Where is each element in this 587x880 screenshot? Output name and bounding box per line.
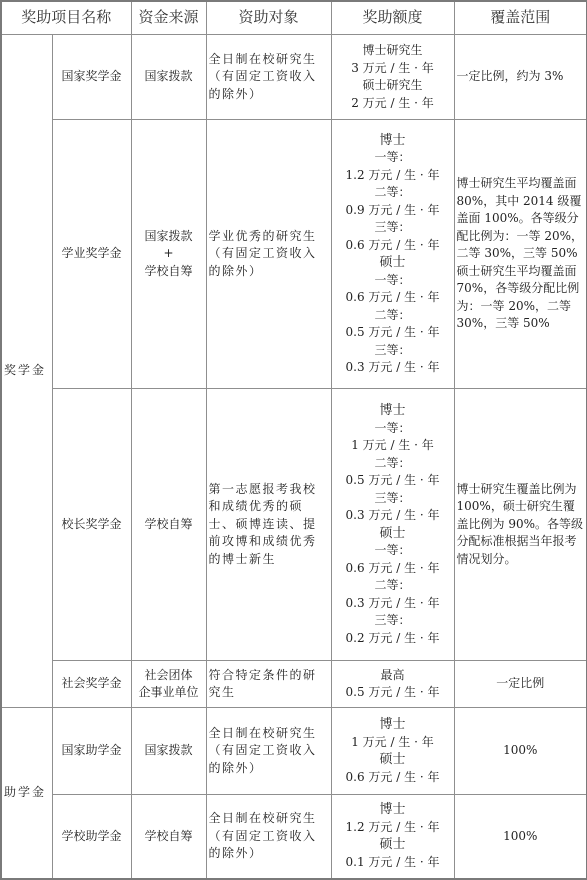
source-line: 国家拨款 [134,68,204,86]
amount-line: 硕士 [334,254,452,272]
award-amount: 博士研究生 3 万元 / 生 · 年 硕士研究生 2 万元 / 生 · 年 [331,35,454,120]
table-row: 学校助学金 学校自筹 全日制在校研究生（有固定工资收入的除外） 博士 1.2 万… [1,795,587,879]
funding-source: 国家拨款 + 学校自筹 [131,120,206,389]
amount-line: 博士 [334,716,452,734]
funding-source: 国家拨款 [131,35,206,120]
header-name: 奖助项目名称 [1,1,131,35]
coverage: 博士研究生平均覆盖面 80%，其中 2014 级覆盖面 100%。各等级分配比例… [454,120,587,389]
coverage: 100% [454,708,587,795]
table-row: 助学金 国家助学金 国家拨款 全日制在校研究生（有固定工资收入的除外） 博士 1… [1,708,587,795]
scholarship-table: 奖助项目名称 资金来源 资助对象 奖助额度 覆盖范围 奖学金 国家奖学金 国家拨… [0,0,587,880]
amount-line: 1.2 万元 / 生 · 年 [334,167,452,185]
source-line: 学校自筹 [134,828,204,846]
source-line: + [134,245,204,263]
amount-line: 1.2 万元 / 生 · 年 [334,819,452,837]
amount-line: 博士研究生 [334,42,452,60]
amount-line: 0.6 万元 / 生 · 年 [334,237,452,255]
amount-line: 二等： [334,184,452,202]
award-amount: 博士 1 万元 / 生 · 年 硕士 0.6 万元 / 生 · 年 [331,708,454,795]
amount-line: 1 万元 / 生 · 年 [334,734,452,752]
amount-line: 0.5 万元 / 生 · 年 [334,324,452,342]
amount-line: 二等： [334,577,452,595]
amount-line: 一等： [334,420,452,438]
amount-line: 0.9 万元 / 生 · 年 [334,202,452,220]
funding-source: 学校自筹 [131,795,206,879]
funding-source: 国家拨款 [131,708,206,795]
header-target: 资助对象 [206,1,331,35]
amount-line: 2 万元 / 生 · 年 [334,95,452,113]
source-line: 学校自筹 [134,516,204,534]
amount-line: 0.6 万元 / 生 · 年 [334,560,452,578]
coverage: 100% [454,795,587,879]
amount-line: 一等： [334,542,452,560]
item-name: 社会奖学金 [52,661,131,708]
amount-line: 硕士研究生 [334,77,452,95]
coverage: 博士研究生覆盖比例为 100%，硕士研究生覆盖比例为 90%。各等级分配标准根据… [454,389,587,661]
award-amount: 最高 0.5 万元 / 生 · 年 [331,661,454,708]
item-name: 国家助学金 [52,708,131,795]
amount-line: 0.3 万元 / 生 · 年 [334,595,452,613]
target-group: 符合特定条件的研究生 [206,661,331,708]
amount-line: 二等： [334,307,452,325]
coverage: 一定比例，约为 3% [454,35,587,120]
amount-line: 硕士 [334,525,452,543]
coverage: 一定比例 [454,661,587,708]
amount-line: 0.6 万元 / 生 · 年 [334,289,452,307]
amount-line: 3 万元 / 生 · 年 [334,60,452,78]
source-line: 国家拨款 [134,742,204,760]
amount-line: 三等： [334,219,452,237]
table-row: 奖学金 国家奖学金 国家拨款 全日制在校研究生（有固定工资收入的除外） 博士研究… [1,35,587,120]
amount-line: 硕士 [334,751,452,769]
amount-line: 一等： [334,272,452,290]
target-group: 第一志愿报考我校和成绩优秀的硕士、硕博连读、提前攻博和成绩优秀的博士新生 [206,389,331,661]
funding-source: 学校自筹 [131,389,206,661]
amount-line: 博士 [334,132,452,150]
amount-line: 0.5 万元 / 生 · 年 [334,684,452,702]
source-line: 学校自筹 [134,263,204,281]
amount-line: 二等： [334,455,452,473]
target-group: 学业优秀的研究生（有固定工资收入的除外） [206,120,331,389]
amount-line: 博士 [334,402,452,420]
amount-line: 博士 [334,801,452,819]
target-group: 全日制在校研究生（有固定工资收入的除外） [206,708,331,795]
table-row: 社会奖学金 社会团体 企事业单位 符合特定条件的研究生 最高 0.5 万元 / … [1,661,587,708]
amount-line: 0.3 万元 / 生 · 年 [334,507,452,525]
item-name: 校长奖学金 [52,389,131,661]
amount-line: 三等： [334,612,452,630]
table-row: 学业奖学金 国家拨款 + 学校自筹 学业优秀的研究生（有固定工资收入的除外） 博… [1,120,587,389]
amount-line: 最高 [334,667,452,685]
funding-source: 社会团体 企事业单位 [131,661,206,708]
category-grant: 助学金 [1,708,52,879]
source-line: 社会团体 [134,667,204,685]
award-amount: 博士 1.2 万元 / 生 · 年 硕士 0.1 万元 / 生 · 年 [331,795,454,879]
award-amount: 博士 一等： 1 万元 / 生 · 年 二等： 0.5 万元 / 生 · 年 三… [331,389,454,661]
header-source: 资金来源 [131,1,206,35]
source-line: 国家拨款 [134,228,204,246]
amount-line: 0.5 万元 / 生 · 年 [334,472,452,490]
amount-line: 0.6 万元 / 生 · 年 [334,769,452,787]
amount-line: 0.2 万元 / 生 · 年 [334,630,452,648]
header-row: 奖助项目名称 资金来源 资助对象 奖助额度 覆盖范围 [1,1,587,35]
amount-line: 0.1 万元 / 生 · 年 [334,854,452,872]
amount-line: 三等： [334,342,452,360]
award-amount: 博士 一等： 1.2 万元 / 生 · 年 二等： 0.9 万元 / 生 · 年… [331,120,454,389]
category-scholarship: 奖学金 [1,35,52,708]
amount-line: 1 万元 / 生 · 年 [334,437,452,455]
target-group: 全日制在校研究生（有固定工资收入的除外） [206,795,331,879]
amount-line: 硕士 [334,836,452,854]
item-name: 学校助学金 [52,795,131,879]
item-name: 学业奖学金 [52,120,131,389]
target-group: 全日制在校研究生（有固定工资收入的除外） [206,35,331,120]
table-row: 校长奖学金 学校自筹 第一志愿报考我校和成绩优秀的硕士、硕博连读、提前攻博和成绩… [1,389,587,661]
item-name: 国家奖学金 [52,35,131,120]
amount-line: 一等： [334,149,452,167]
amount-line: 0.3 万元 / 生 · 年 [334,359,452,377]
source-line: 企事业单位 [134,684,204,702]
amount-line: 三等： [334,490,452,508]
header-coverage: 覆盖范围 [454,1,587,35]
header-amount: 奖助额度 [331,1,454,35]
